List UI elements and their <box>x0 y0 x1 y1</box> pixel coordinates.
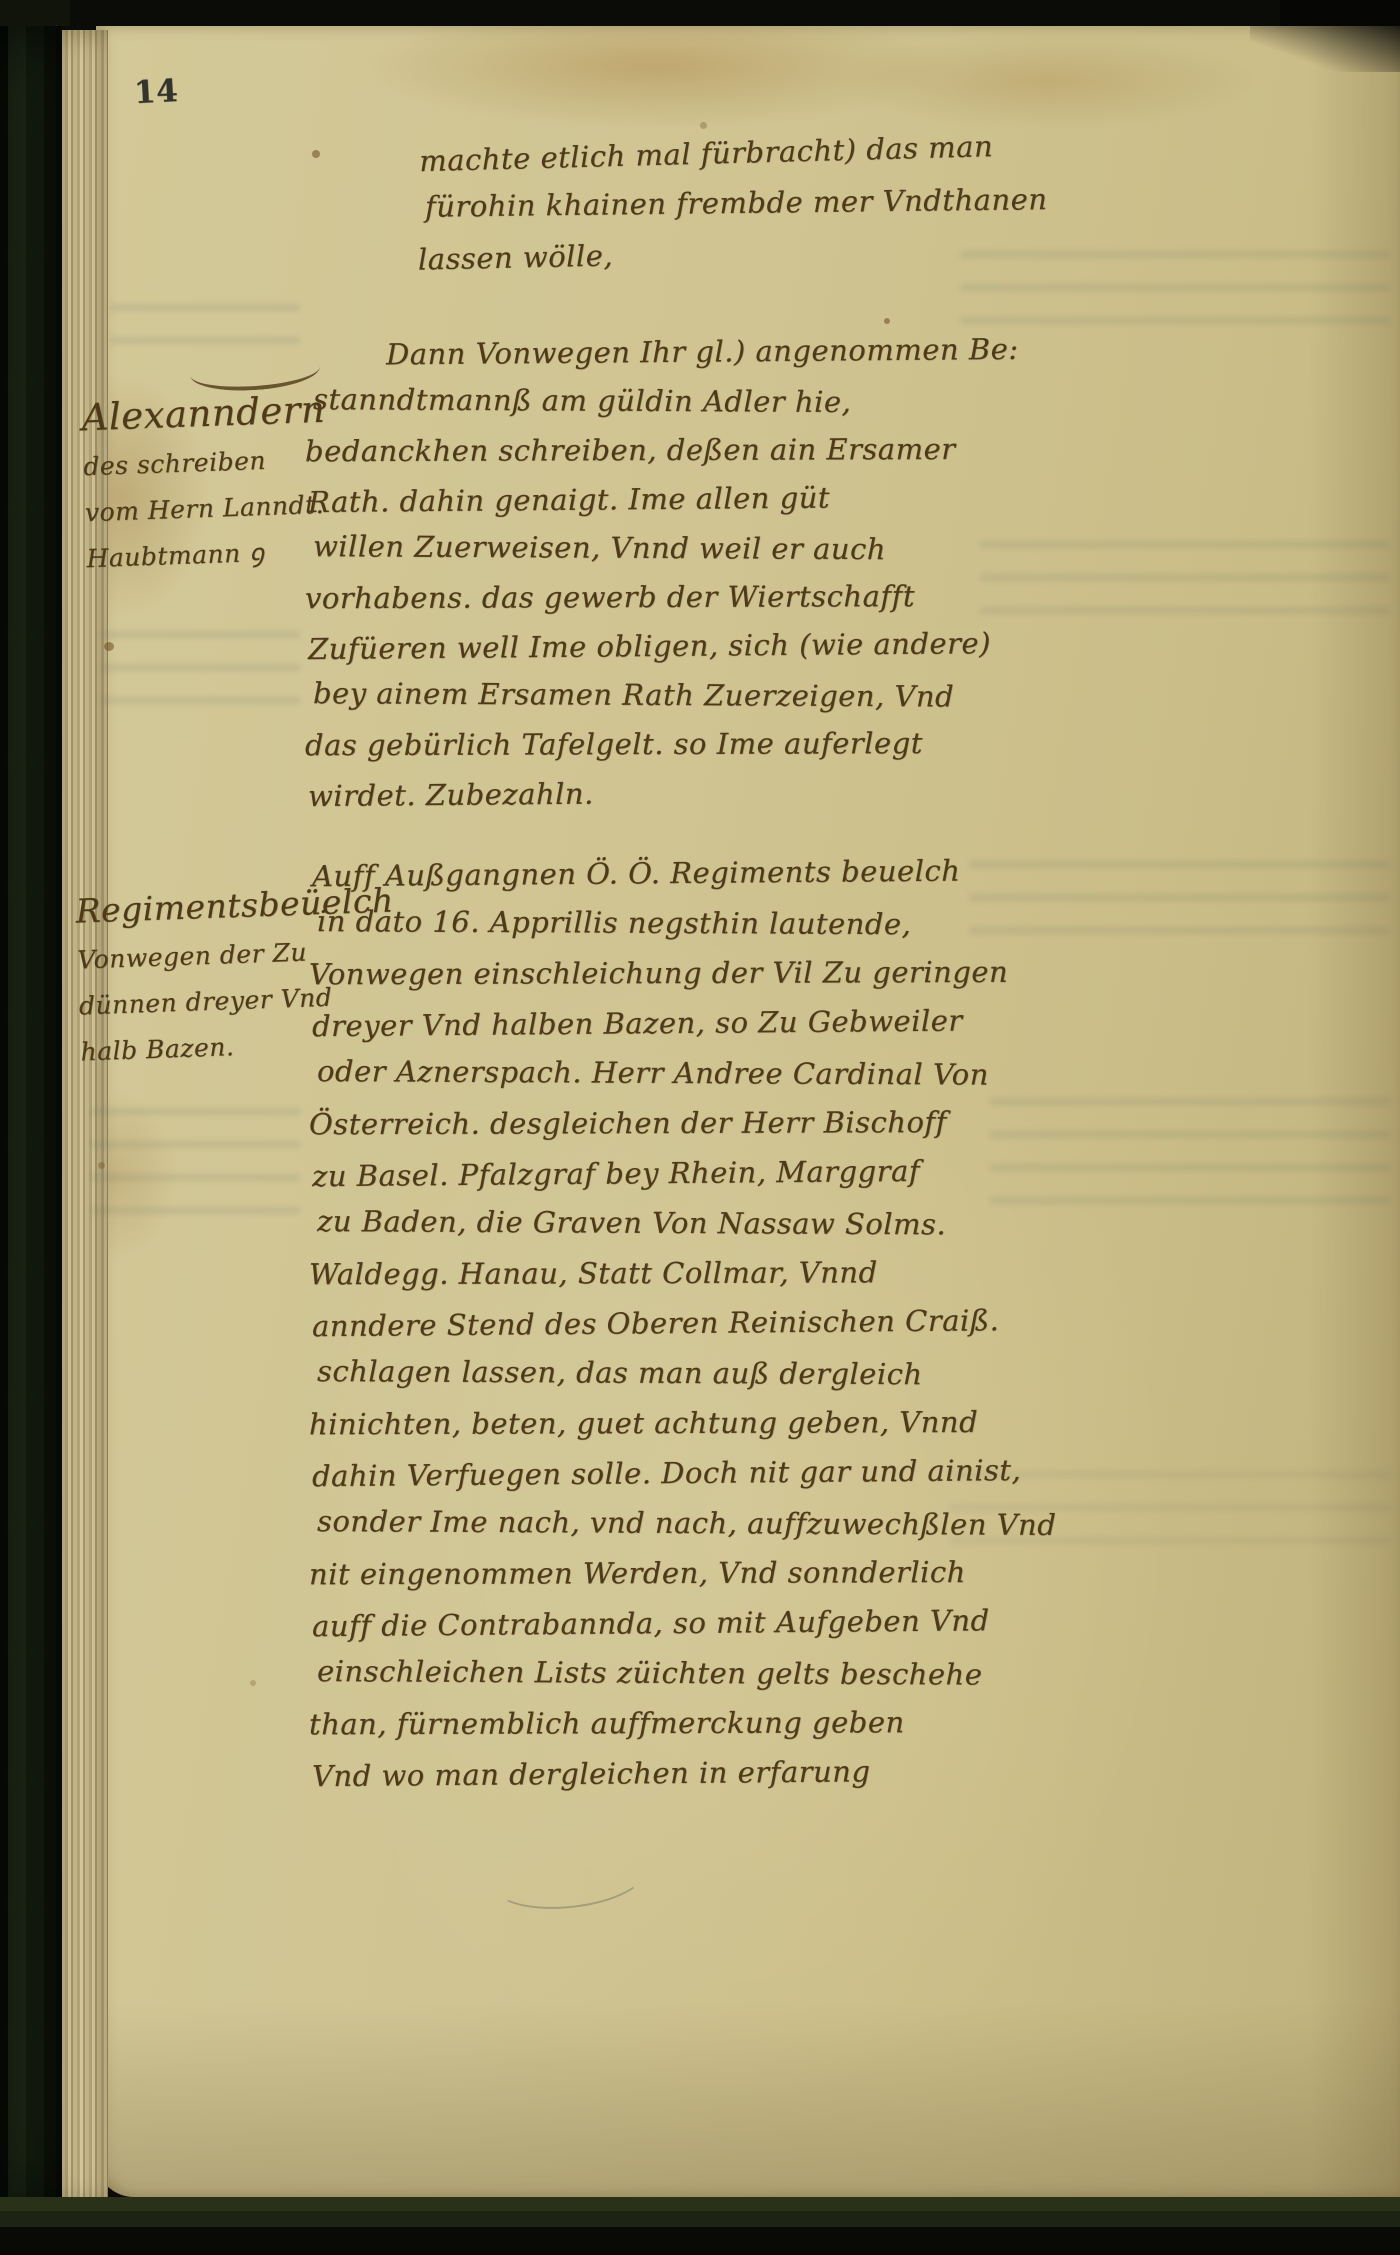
folio-number: 14 <box>133 73 179 111</box>
margin-note-heading: Alexanndern <box>81 384 326 444</box>
manuscript-line: bey ainem Ersamen Rath Zuerzeigen, Vnd <box>313 669 1024 722</box>
manuscript-line: Vonwegen einschleichung der Vil Zu gerin… <box>309 947 1049 1000</box>
manuscript-line: Auff Außgangnen Ö. Ö. Regiments beuelch <box>312 845 1052 901</box>
manuscript-line: hinichten, beten, guet achtung geben, Vn… <box>309 1397 1049 1450</box>
manuscript-line: oder Aznerspach. Herr Andree Cardinal Vo… <box>317 1046 1057 1100</box>
foxing-spot <box>884 318 890 324</box>
manuscript-line: dahin Verfuegen solle. Doch nit gar und … <box>312 1445 1052 1501</box>
entry-alexander-text: Dann Vonwegen Ihr gl.) angenommen Be: st… <box>308 328 1019 818</box>
manuscript-line: wirdet. Zubezahln. <box>308 766 1019 821</box>
opening-paragraph: machte etlich mal fürbracht) das man für… <box>419 123 1044 284</box>
ink-bleedthrough <box>980 520 1390 640</box>
manuscript-line: willen Zuerweisen, Vnnd weil er auch <box>313 522 1024 575</box>
ink-bleedthrough <box>100 620 300 730</box>
manuscript-scan: 14 machte etlich mal fürbracht) das man … <box>0 0 1400 2255</box>
manuscript-line: nit eingenommen Werden, Vnd sonnderlich <box>309 1547 1049 1600</box>
manuscript-line: bedanckhen schreiben, deßen ain Ersamer <box>305 425 1016 476</box>
manuscript-line: dreyer Vnd halben Bazen, so Zu Gebweiler <box>312 995 1052 1051</box>
book-binding <box>0 0 62 2255</box>
entry-regiment-text: Auff Außgangnen Ö. Ö. Regiments beuelch … <box>312 848 1051 1798</box>
manuscript-line: Waldegg. Hanau, Statt Collmar, Vnnd <box>309 1247 1049 1300</box>
ink-bleedthrough <box>90 1100 300 1240</box>
manuscript-line: in dato 16. Apprillis negsthin lautende, <box>317 896 1057 950</box>
manuscript-line: Österreich. desgleichen der Herr Bischof… <box>309 1097 1049 1150</box>
manuscript-line: zu Baden, die Graven Von Nassaw Solms. <box>317 1196 1057 1250</box>
manuscript-line: Dann Vonwegen Ihr gl.) angenommen Be: <box>308 325 1019 380</box>
margin-note-alexander: Alexanndern des schreiben vom Hern Lannd… <box>81 384 331 582</box>
manuscript-line: sonder Ime nach, vnd nach, auffzuwechßle… <box>317 1496 1057 1550</box>
scan-bottom-border <box>0 2197 1400 2255</box>
manuscript-line: Zufüeren well Ime obligen, sich (wie and… <box>308 619 1019 674</box>
foxing-spot <box>312 150 320 158</box>
scan-top-border <box>0 0 1400 26</box>
manuscript-line: than, fürnemblich auffmerckung geben <box>309 1697 1049 1750</box>
manuscript-line: anndere Stend des Oberen Reinischen Crai… <box>312 1295 1052 1351</box>
manuscript-line: vorhabens. das gewerb der Wiertschafft <box>305 572 1016 623</box>
manuscript-line: Rath. dahin genaigt. Ime allen güt <box>308 472 1019 527</box>
margin-note-lines: des schreiben vom Hern Lanndt.Haubtmann … <box>83 436 331 582</box>
manuscript-line: auff die Contrabannda, so mit Aufgeben V… <box>312 1595 1052 1651</box>
manuscript-line: vom Hern Lanndt. <box>84 482 329 536</box>
manuscript-line: zu Basel. Pfalzgraf bey Rhein, Marggraf <box>312 1145 1052 1201</box>
foxing-spot <box>250 1680 256 1686</box>
manuscript-line: das gebürlich Tafelgelt. so Ime auferleg… <box>305 719 1016 770</box>
manuscript-line: Vnd wo man dergleichen in erfarung <box>312 1745 1052 1801</box>
scan-corner-shadow <box>1250 26 1400 72</box>
manuscript-line: einschleichen Lists züichten gelts besch… <box>317 1646 1057 1700</box>
manuscript-line: schlagen lassen, das man auß dergleich <box>317 1346 1057 1400</box>
manuscript-line: Haubtmann ꝯ <box>86 528 331 582</box>
manuscript-line: stanndtmannß am güldin Adler hie, <box>313 375 1024 428</box>
